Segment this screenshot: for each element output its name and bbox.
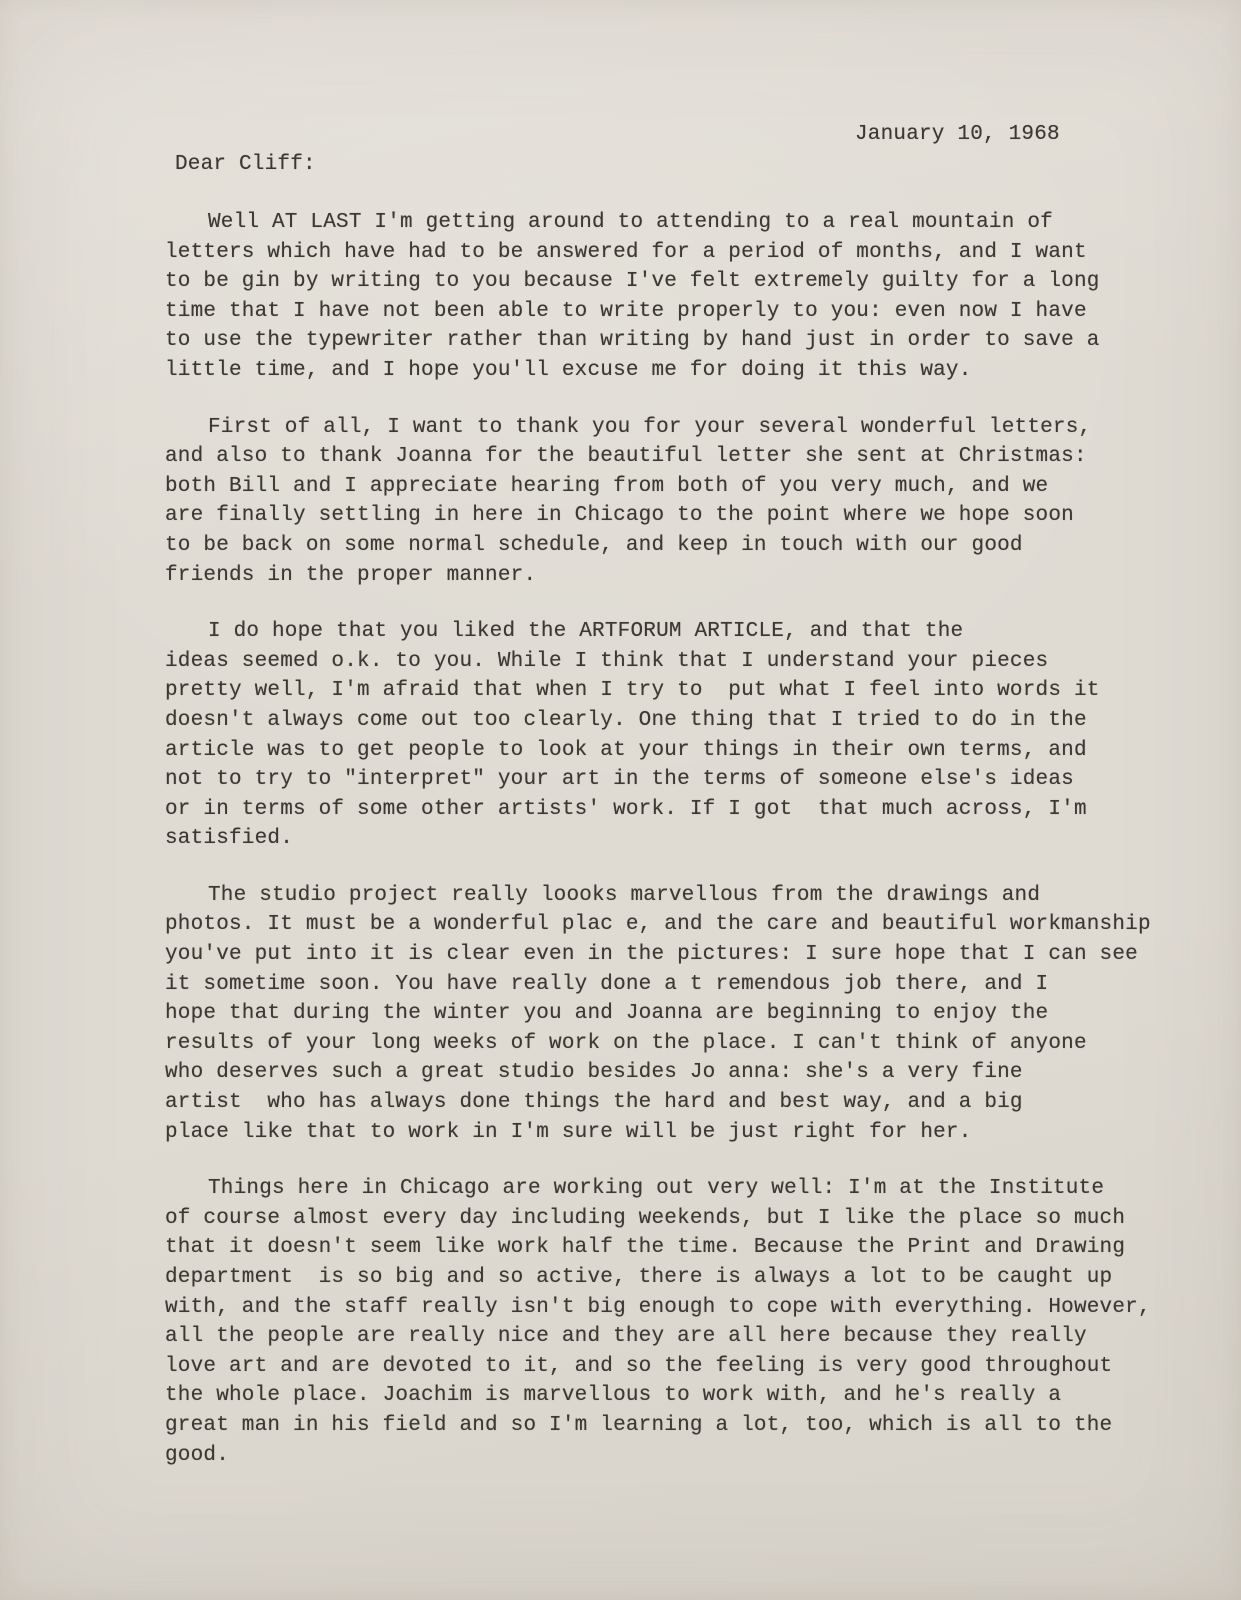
letter-line: all the people are really nice and they …	[165, 1322, 1201, 1352]
letter-page: January 10, 1968 Dear Cliff: Well AT LAS…	[0, 0, 1241, 1600]
letter-date: January 10, 1968	[855, 120, 1201, 150]
letter-line: great man in his field and so I'm learni…	[165, 1411, 1201, 1441]
letter-line: I do hope that you liked the ARTFORUM AR…	[165, 617, 1201, 647]
letter-line: First of all, I want to thank you for yo…	[165, 413, 1201, 443]
letter-line: love art and are devoted to it, and so t…	[165, 1352, 1201, 1382]
letter-line: good.	[165, 1441, 1201, 1471]
letter-line: doesn't always come out too clearly. One…	[165, 706, 1201, 736]
letter-line: article was to get people to look at you…	[165, 736, 1201, 766]
letter-paragraph: Things here in Chicago are working out v…	[165, 1174, 1201, 1470]
letter-line: Things here in Chicago are working out v…	[165, 1174, 1201, 1204]
letter-line: little time, and I hope you'll excuse me…	[165, 356, 1201, 386]
salutation: Dear Cliff:	[175, 150, 1201, 180]
letter-line: pretty well, I'm afraid that when I try …	[165, 676, 1201, 706]
letter-line: to be back on some normal schedule, and …	[165, 531, 1201, 561]
letter-line: The studio project really loooks marvell…	[165, 881, 1201, 911]
letter-line: time that I have not been able to write …	[165, 297, 1201, 327]
letter-line: not to try to "interpret" your art in th…	[165, 765, 1201, 795]
letter-paragraph: First of all, I want to thank you for yo…	[165, 413, 1201, 591]
letter-line: Well AT LAST I'm getting around to atten…	[165, 208, 1201, 238]
letter-line: letters which have had to be answered fo…	[165, 238, 1201, 268]
letter-line: and also to thank Joanna for the beautif…	[165, 442, 1201, 472]
letter-line: who deserves such a great studio besides…	[165, 1058, 1201, 1088]
letter-line: results of your long weeks of work on th…	[165, 1029, 1201, 1059]
letter-line: to use the typewriter rather than writin…	[165, 326, 1201, 356]
letter-line: ideas seemed o.k. to you. While I think …	[165, 647, 1201, 677]
letter-line: are finally settling in here in Chicago …	[165, 501, 1201, 531]
letter-line: artist who has always done things the ha…	[165, 1088, 1201, 1118]
letter-line: the whole place. Joachim is marvellous t…	[165, 1381, 1201, 1411]
letter-line: of course almost every day including wee…	[165, 1204, 1201, 1234]
letter-content: January 10, 1968 Dear Cliff: Well AT LAS…	[0, 0, 1241, 1470]
letter-line: hope that during the winter you and Joan…	[165, 999, 1201, 1029]
letter-line: that it doesn't seem like work half the …	[165, 1233, 1201, 1263]
letter-line: satisfied.	[165, 824, 1201, 854]
letter-line: photos. It must be a wonderful plac e, a…	[165, 910, 1201, 940]
letter-line: department is so big and so active, ther…	[165, 1263, 1201, 1293]
letter-line: friends in the proper manner.	[165, 561, 1201, 591]
letter-paragraph: Well AT LAST I'm getting around to atten…	[165, 208, 1201, 386]
letter-paragraph: The studio project really loooks marvell…	[165, 881, 1201, 1147]
letter-line: you've put into it is clear even in the …	[165, 940, 1201, 970]
letter-paragraph: I do hope that you liked the ARTFORUM AR…	[165, 617, 1201, 854]
letter-line: or in terms of some other artists' work.…	[165, 795, 1201, 825]
letter-line: to be gin by writing to you because I've…	[165, 267, 1201, 297]
letter-body: Well AT LAST I'm getting around to atten…	[165, 208, 1201, 1470]
letter-line: it sometime soon. You have really done a…	[165, 970, 1201, 1000]
letter-line: with, and the staff really isn't big eno…	[165, 1293, 1201, 1323]
letter-line: place like that to work in I'm sure will…	[165, 1118, 1201, 1148]
letter-line: both Bill and I appreciate hearing from …	[165, 472, 1201, 502]
